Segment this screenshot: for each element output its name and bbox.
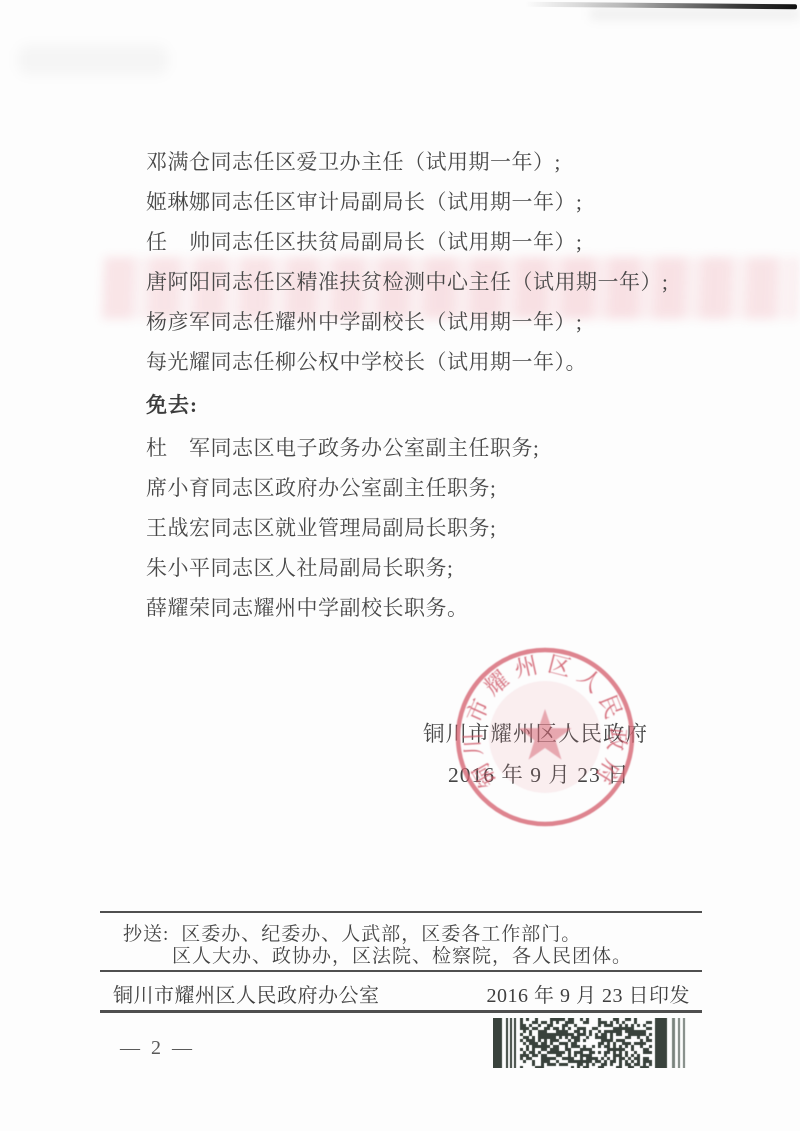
footer-divider-bottom	[100, 1010, 702, 1013]
document-page: 邓满仓同志任区爱卫办主任（试用期一年）; 姬琳娜同志任区审计局副局长（试用期一年…	[0, 0, 800, 1131]
scan-artifact-haze	[590, 8, 800, 20]
cc-section: 抄送: 区委办、纪委办、人武部，区委各工作部门。 区人大办、政协办，区法院、检察…	[123, 924, 683, 968]
barcode	[493, 1018, 700, 1068]
appointments-section: 邓满仓同志任区爱卫办主任（试用期一年）; 姬琳娜同志任区审计局副局长（试用期一年…	[146, 142, 668, 382]
scan-smudge	[18, 45, 168, 75]
dismissals-section: 杜 军同志区电子政务办公室副主任职务; 席小育同志区政府办公室副主任职务; 王战…	[146, 428, 539, 628]
dismissal-line: 朱小平同志区人社局副局长职务;	[146, 548, 539, 588]
dismissal-heading-text: 免去:	[146, 385, 198, 425]
footer-divider-top	[100, 911, 702, 913]
dismissal-line: 席小育同志区政府办公室副主任职务;	[146, 468, 539, 508]
appointment-line: 唐阿阳同志任区精准扶贫检测中心主任（试用期一年）;	[146, 262, 668, 302]
dismissal-line: 杜 军同志区电子政务办公室副主任职务;	[146, 428, 539, 468]
dismissal-heading: 免去:	[146, 385, 198, 425]
cc-line1: 区委办、纪委办、人武部，区委各工作部门。	[181, 924, 581, 946]
print-date: 2016 年 9 月 23 日印发	[487, 979, 691, 1008]
dismissal-line: 王战宏同志区就业管理局副局长职务;	[146, 508, 539, 548]
cc-line2: 区人大办、政协办，区法院、检察院，各人民团体。	[123, 946, 683, 968]
appointment-line: 邓满仓同志任区爱卫办主任（试用期一年）;	[146, 142, 668, 182]
dismissal-line: 薛耀荣同志耀州中学副校长职务。	[146, 588, 539, 628]
issue-row: 铜川市耀州区人民政府办公室 2016 年 9 月 23 日印发	[113, 979, 690, 1008]
issuing-office: 铜川市耀州区人民政府办公室	[113, 979, 380, 1008]
official-seal: 铜川市耀州区人民政府	[450, 642, 640, 832]
appointment-line: 杨彦军同志任耀州中学副校长（试用期一年）;	[146, 302, 668, 342]
footer-divider-middle	[100, 970, 702, 972]
cc-label: 抄送:	[123, 924, 169, 946]
page-number: — 2 —	[120, 1037, 195, 1060]
appointment-line: 姬琳娜同志任区审计局副局长（试用期一年）;	[146, 182, 668, 222]
appointment-line: 任 帅同志任区扶贫局副局长（试用期一年）;	[146, 222, 668, 262]
appointment-line: 每光耀同志任柳公权中学校长（试用期一年）。	[146, 342, 668, 382]
